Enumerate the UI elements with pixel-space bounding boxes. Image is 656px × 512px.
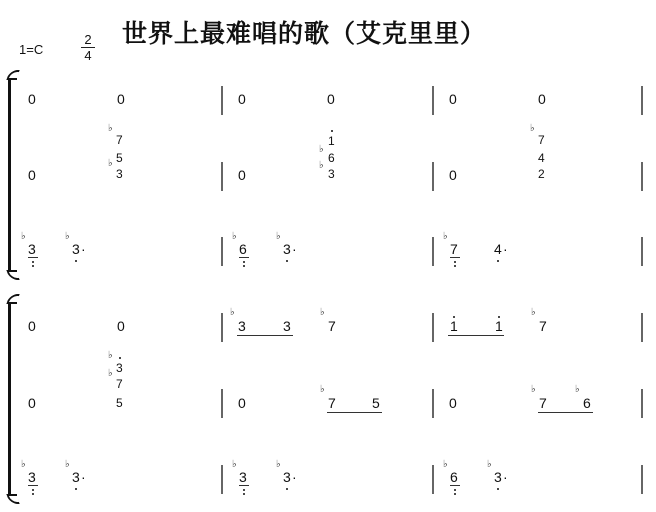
note: 7	[539, 319, 547, 333]
low-octave-dot	[75, 260, 77, 262]
low-octave-dot	[454, 489, 456, 491]
augmentation-dot: ·	[292, 242, 297, 256]
eighth-underline	[448, 335, 504, 336]
flat-icon: ♭	[232, 460, 237, 470]
barline	[641, 389, 643, 418]
flat-icon: ♭	[108, 159, 113, 169]
eighth-underline	[538, 412, 593, 413]
flat-icon: ♭	[320, 385, 325, 395]
note-rest: 0	[449, 396, 457, 410]
low-octave-dot	[75, 488, 77, 490]
flat-icon: ♭	[108, 124, 113, 134]
note-rest: 0	[238, 92, 246, 106]
note-rest: 0	[238, 396, 246, 410]
flat-icon: ♭	[575, 385, 580, 395]
flat-icon: ♭	[320, 308, 325, 318]
high-octave-dot	[331, 130, 333, 132]
augmentation-dot: ·	[81, 470, 86, 484]
low-octave-dot	[454, 493, 456, 495]
flat-icon: ♭	[531, 385, 536, 395]
flat-icon: ♭	[319, 145, 324, 155]
low-octave-dot	[286, 260, 288, 262]
note: 3	[28, 242, 36, 256]
system-2-brace	[8, 302, 17, 496]
flat-icon: ♭	[443, 460, 448, 470]
barline	[221, 237, 223, 266]
barline	[432, 162, 434, 191]
note-rest: 0	[28, 396, 36, 410]
note: 7	[328, 319, 336, 333]
note: 7	[328, 396, 336, 410]
chord-note: 5	[116, 151, 123, 165]
key-signature: 1=C	[19, 42, 43, 57]
flat-icon: ♭	[319, 161, 324, 171]
note: 6	[450, 470, 458, 484]
flat-icon: ♭	[530, 124, 535, 134]
note-rest: 0	[28, 319, 36, 333]
low-octave-dot	[243, 265, 245, 267]
flat-icon: ♭	[531, 308, 536, 318]
barline	[641, 86, 643, 115]
flat-icon: ♭	[21, 232, 26, 242]
low-octave-dot	[286, 488, 288, 490]
note: 3	[72, 242, 80, 256]
system-1-brace	[8, 78, 17, 272]
flat-icon: ♭	[276, 232, 281, 242]
barline	[432, 465, 434, 494]
note: 6	[239, 242, 247, 256]
chord-note: 7	[116, 377, 123, 391]
note: 1	[495, 319, 503, 333]
flat-icon: ♭	[443, 232, 448, 242]
low-octave-dot	[32, 261, 34, 263]
low-octave-dot	[32, 489, 34, 491]
augmentation-dot: ·	[81, 242, 86, 256]
time-signature: 2 4	[81, 32, 95, 63]
chord-note: 7	[116, 133, 123, 147]
eighth-underline	[28, 485, 38, 486]
barline	[221, 162, 223, 191]
flat-icon: ♭	[65, 232, 70, 242]
barline	[432, 237, 434, 266]
note: 3	[238, 319, 246, 333]
eighth-underline	[239, 257, 249, 258]
barline	[641, 237, 643, 266]
flat-icon: ♭	[232, 232, 237, 242]
low-octave-dot	[243, 261, 245, 263]
low-octave-dot	[243, 489, 245, 491]
low-octave-dot	[497, 488, 499, 490]
barline	[221, 313, 223, 342]
time-denominator: 4	[81, 48, 95, 63]
note: 3	[283, 470, 291, 484]
barline	[221, 465, 223, 494]
note: 3	[494, 470, 502, 484]
flat-icon: ♭	[65, 460, 70, 470]
chord-note: 3	[116, 361, 123, 375]
chord-note: 6	[328, 151, 335, 165]
note: 6	[583, 396, 591, 410]
barline	[432, 313, 434, 342]
note: 1	[450, 319, 458, 333]
barline	[641, 313, 643, 342]
note-rest: 0	[117, 92, 125, 106]
eighth-underline	[239, 485, 249, 486]
note: 3	[283, 319, 291, 333]
flat-icon: ♭	[230, 308, 235, 318]
note: 3	[72, 470, 80, 484]
chord-note: 3	[116, 167, 123, 181]
note-rest: 0	[449, 92, 457, 106]
note: 7	[450, 242, 458, 256]
barline	[432, 86, 434, 115]
low-octave-dot	[32, 265, 34, 267]
augmentation-dot: ·	[503, 242, 508, 256]
flat-icon: ♭	[21, 460, 26, 470]
eighth-underline	[450, 485, 460, 486]
chord-note: 1	[328, 134, 335, 148]
note: 4	[494, 242, 502, 256]
note: 5	[372, 396, 380, 410]
chord-note: 4	[538, 151, 545, 165]
eighth-underline	[450, 257, 460, 258]
augmentation-dot: ·	[503, 470, 508, 484]
note-rest: 0	[28, 92, 36, 106]
note: 3	[239, 470, 247, 484]
low-octave-dot	[454, 265, 456, 267]
note-rest: 0	[538, 92, 546, 106]
chord-note: 2	[538, 167, 545, 181]
eighth-underline	[28, 257, 38, 258]
barline	[221, 389, 223, 418]
augmentation-dot: ·	[292, 470, 297, 484]
barline	[641, 162, 643, 191]
barline	[641, 465, 643, 494]
flat-icon: ♭	[108, 351, 113, 361]
low-octave-dot	[454, 261, 456, 263]
barline	[432, 389, 434, 418]
chord-note: 5	[116, 396, 123, 410]
note-rest: 0	[28, 168, 36, 182]
high-octave-dot	[119, 357, 121, 359]
note: 3	[283, 242, 291, 256]
time-numerator: 2	[81, 32, 95, 48]
note: 7	[539, 396, 547, 410]
note-rest: 0	[327, 92, 335, 106]
note-rest: 0	[449, 168, 457, 182]
note-rest: 0	[238, 168, 246, 182]
chord-note: 3	[328, 167, 335, 181]
eighth-underline	[237, 335, 293, 336]
flat-icon: ♭	[276, 460, 281, 470]
low-octave-dot	[243, 493, 245, 495]
chord-note: 7	[538, 133, 545, 147]
note: 3	[28, 470, 36, 484]
flat-icon: ♭	[487, 460, 492, 470]
song-title: 世界上最难唱的歌（艾克里里）	[122, 14, 486, 50]
barline	[221, 86, 223, 115]
flat-icon: ♭	[108, 369, 113, 379]
note-rest: 0	[117, 319, 125, 333]
low-octave-dot	[32, 493, 34, 495]
eighth-underline	[327, 412, 382, 413]
low-octave-dot	[497, 260, 499, 262]
